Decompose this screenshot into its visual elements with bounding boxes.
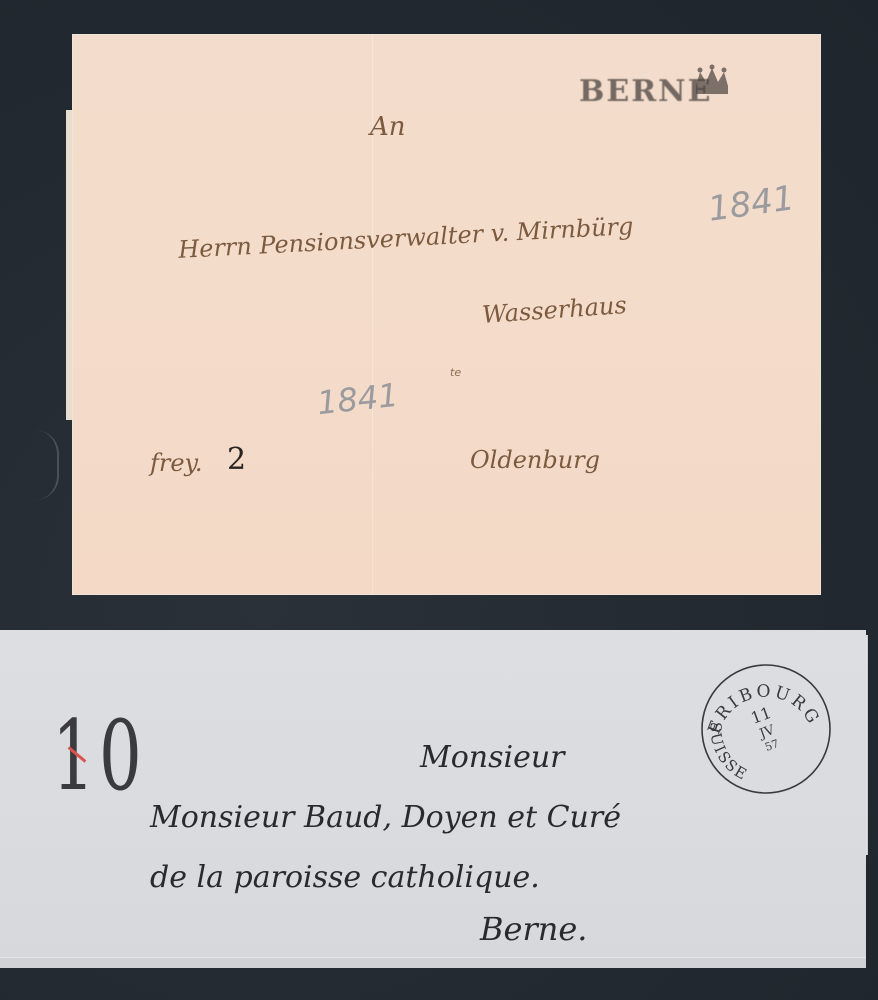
svg-text:SUISSE: SUISSE [706, 722, 751, 784]
salutation: An [370, 112, 406, 142]
address-line-1: Herrn Pensionsverwalter v. Mirnbürg [178, 212, 634, 264]
cover-1-envelope: BERNE An Herrn Pensionsverwalter v. Mirn… [72, 34, 821, 595]
destination: Oldenburg [470, 446, 600, 474]
franco-note: frey. [150, 449, 203, 477]
crown-icon [692, 64, 732, 98]
rate-mark: 10 [52, 700, 146, 812]
franco-value: 2 [227, 442, 246, 477]
recipient-line-4: Berne. [480, 910, 587, 948]
recipient-line-1: Monsieur [420, 740, 565, 775]
fribourg-postmark: FRIBOURG SUISSE 11 JV 57 [697, 660, 835, 798]
pencil-date-corner: 1841 [706, 178, 797, 230]
date-superscript: te [450, 366, 461, 379]
postmark-bottom-text: SUISSE [706, 722, 751, 784]
address-line-2: Wasserhaus [481, 291, 627, 329]
recipient-line-3: de la paroisse catholique. [150, 860, 540, 895]
recipient-line-2: Monsieur Baud, Doyen et Curé [150, 800, 621, 835]
cover-2-bottom-edge [0, 957, 866, 968]
pencil-date-center: 1841 [315, 376, 400, 422]
